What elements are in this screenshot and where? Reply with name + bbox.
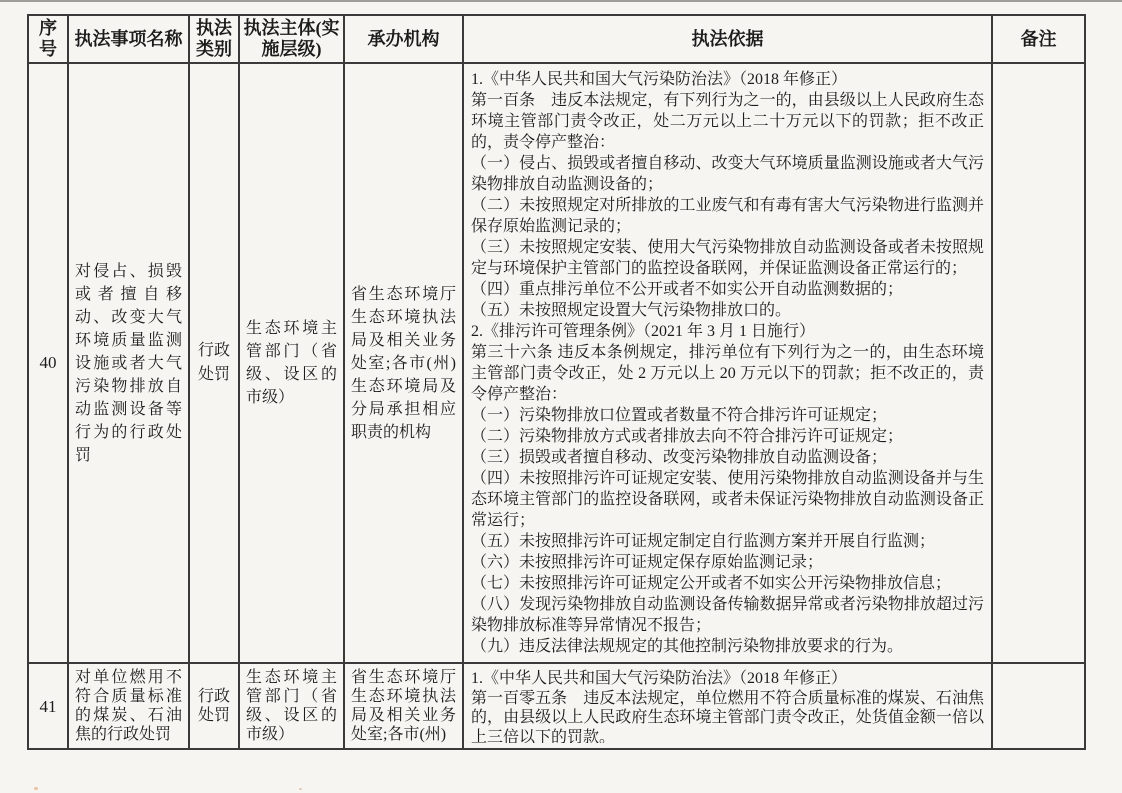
scan-edge-artifact: [0, 0, 1122, 2]
cell-subject: 生态环境主管部门（省级、设区的市级）: [239, 663, 344, 749]
subject-text: 生态环境主管部门（省级、设区的市级）: [246, 668, 337, 744]
cell-basis: 1.《中华人民共和国大气污染防治法》（2018 年修正） 第一百条 违反本法规定…: [463, 63, 992, 663]
basis-text: 1.《中华人民共和国大气污染防治法》（2018 年修正） 第一百条 违反本法规定…: [471, 69, 984, 657]
cell-category: 行政处罚: [189, 63, 239, 663]
cell-category: 行政处罚: [189, 663, 239, 749]
basis-text: 1.《中华人民共和国大气污染防治法》（2018 年修正） 第一百零五条 违反本法…: [471, 669, 984, 743]
col-header-subject: 执法主体(实施层级): [239, 15, 344, 63]
col-header-item-name: 执法事项名称: [68, 15, 189, 63]
scan-speck: [299, 788, 302, 790]
col-header-agency: 承办机构: [344, 15, 463, 63]
agency-text: 省生态环境厅生态环境执法局及相关业务处室;各市(州): [351, 668, 456, 744]
cell-item-name: 对单位燃用不符合质量标准的煤炭、石油焦的行政处罚: [68, 663, 189, 749]
cell-basis: 1.《中华人民共和国大气污染防治法》（2018 年修正） 第一百零五条 违反本法…: [463, 663, 992, 749]
cell-subject: 生态环境主管部门（省级、设区的市级）: [239, 63, 344, 663]
item-name-text: 对单位燃用不符合质量标准的煤炭、石油焦的行政处罚: [75, 668, 182, 744]
cell-remark: [992, 663, 1085, 749]
cell-seq-number: 40: [28, 63, 68, 663]
table-row-41: 41 对单位燃用不符合质量标准的煤炭、石油焦的行政处罚 行政处罚 生态环境主管部…: [28, 663, 1085, 749]
cell-item-name: 对侵占、损毁或者擅自移动、改变大气环境质量监测设施或者大气污染物排放自动监测设备…: [68, 63, 189, 663]
col-header-category: 执法类别: [189, 15, 239, 63]
cell-remark: [992, 63, 1085, 663]
col-header-basis: 执法依据: [463, 15, 992, 63]
col-header-remark: 备注: [992, 15, 1085, 63]
scanned-document-page: 序号 执法事项名称 执法类别 执法主体(实施层级) 承办机构 执法依据 备注 4…: [0, 0, 1122, 793]
enforcement-items-table: 序号 执法事项名称 执法类别 执法主体(实施层级) 承办机构 执法依据 备注 4…: [27, 14, 1086, 750]
cell-agency: 省生态环境厅生态环境执法局及相关业务处室;各市(州): [344, 663, 463, 749]
table-row-40: 40 对侵占、损毁或者擅自移动、改变大气环境质量监测设施或者大气污染物排放自动监…: [28, 63, 1085, 663]
cell-agency: 省生态环境厅生态环境执法局及相关业务处室;各市(州)生态环境局及分局承担相应职责…: [344, 63, 463, 663]
col-header-seq: 序号: [28, 15, 68, 63]
cell-seq-number: 41: [28, 663, 68, 749]
scan-speck: [34, 787, 38, 790]
table-header-row: 序号 执法事项名称 执法类别 执法主体(实施层级) 承办机构 执法依据 备注: [28, 15, 1085, 63]
